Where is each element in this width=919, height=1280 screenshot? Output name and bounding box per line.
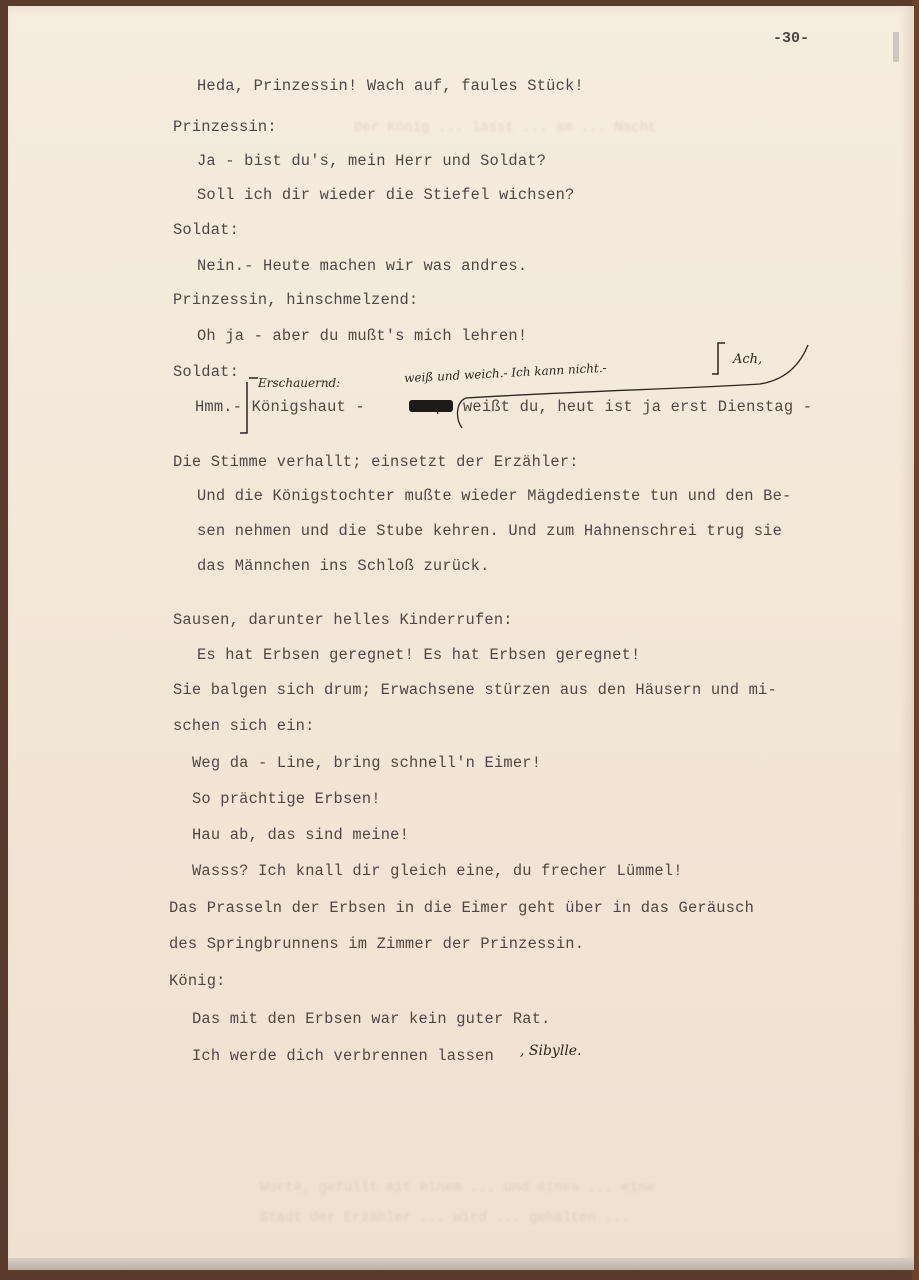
narration-line: sen nehmen und die Stube kehren. Und zum… xyxy=(197,522,782,540)
dialogue-line: Weg da - Line, bring schnell'n Eimer! xyxy=(192,754,541,772)
dialogue-line: Ich werde dich verbrennen lassen xyxy=(192,1047,494,1065)
stage-direction: schen sich ein: xyxy=(173,717,315,735)
stage-direction: Sausen, darunter helles Kinderrufen: xyxy=(173,611,513,629)
stage-direction: des Springbrunnens im Zimmer der Prinzes… xyxy=(169,935,584,953)
dialogue-line: So prächtige Erbsen! xyxy=(192,790,381,808)
speaker-label: König: xyxy=(169,972,226,990)
narration-line: das Männchen ins Schloß zurück. xyxy=(197,557,490,575)
stage-direction: Das Prasseln der Erbsen in die Eimer geh… xyxy=(169,899,754,917)
dialogue-line: Wasss? Ich knall dir gleich eine, du fre… xyxy=(192,862,683,880)
stage-direction: Sie balgen sich drum; Erwachsene stürzen… xyxy=(173,681,777,699)
dialogue-line: Hau ab, das sind meine! xyxy=(192,826,409,844)
dialogue-line: Das mit den Erbsen war kein guter Rat. xyxy=(192,1010,551,1028)
narration-line: Und die Königstochter mußte wieder Mägde… xyxy=(197,487,791,505)
handwritten-strokes xyxy=(0,0,919,1280)
handwritten-signature: , Sibylle. xyxy=(520,1043,582,1059)
stage-direction: Die Stimme verhallt; einsetzt der Erzähl… xyxy=(173,453,579,471)
dialogue-line: Es hat Erbsen geregnet! Es hat Erbsen ge… xyxy=(197,646,641,664)
